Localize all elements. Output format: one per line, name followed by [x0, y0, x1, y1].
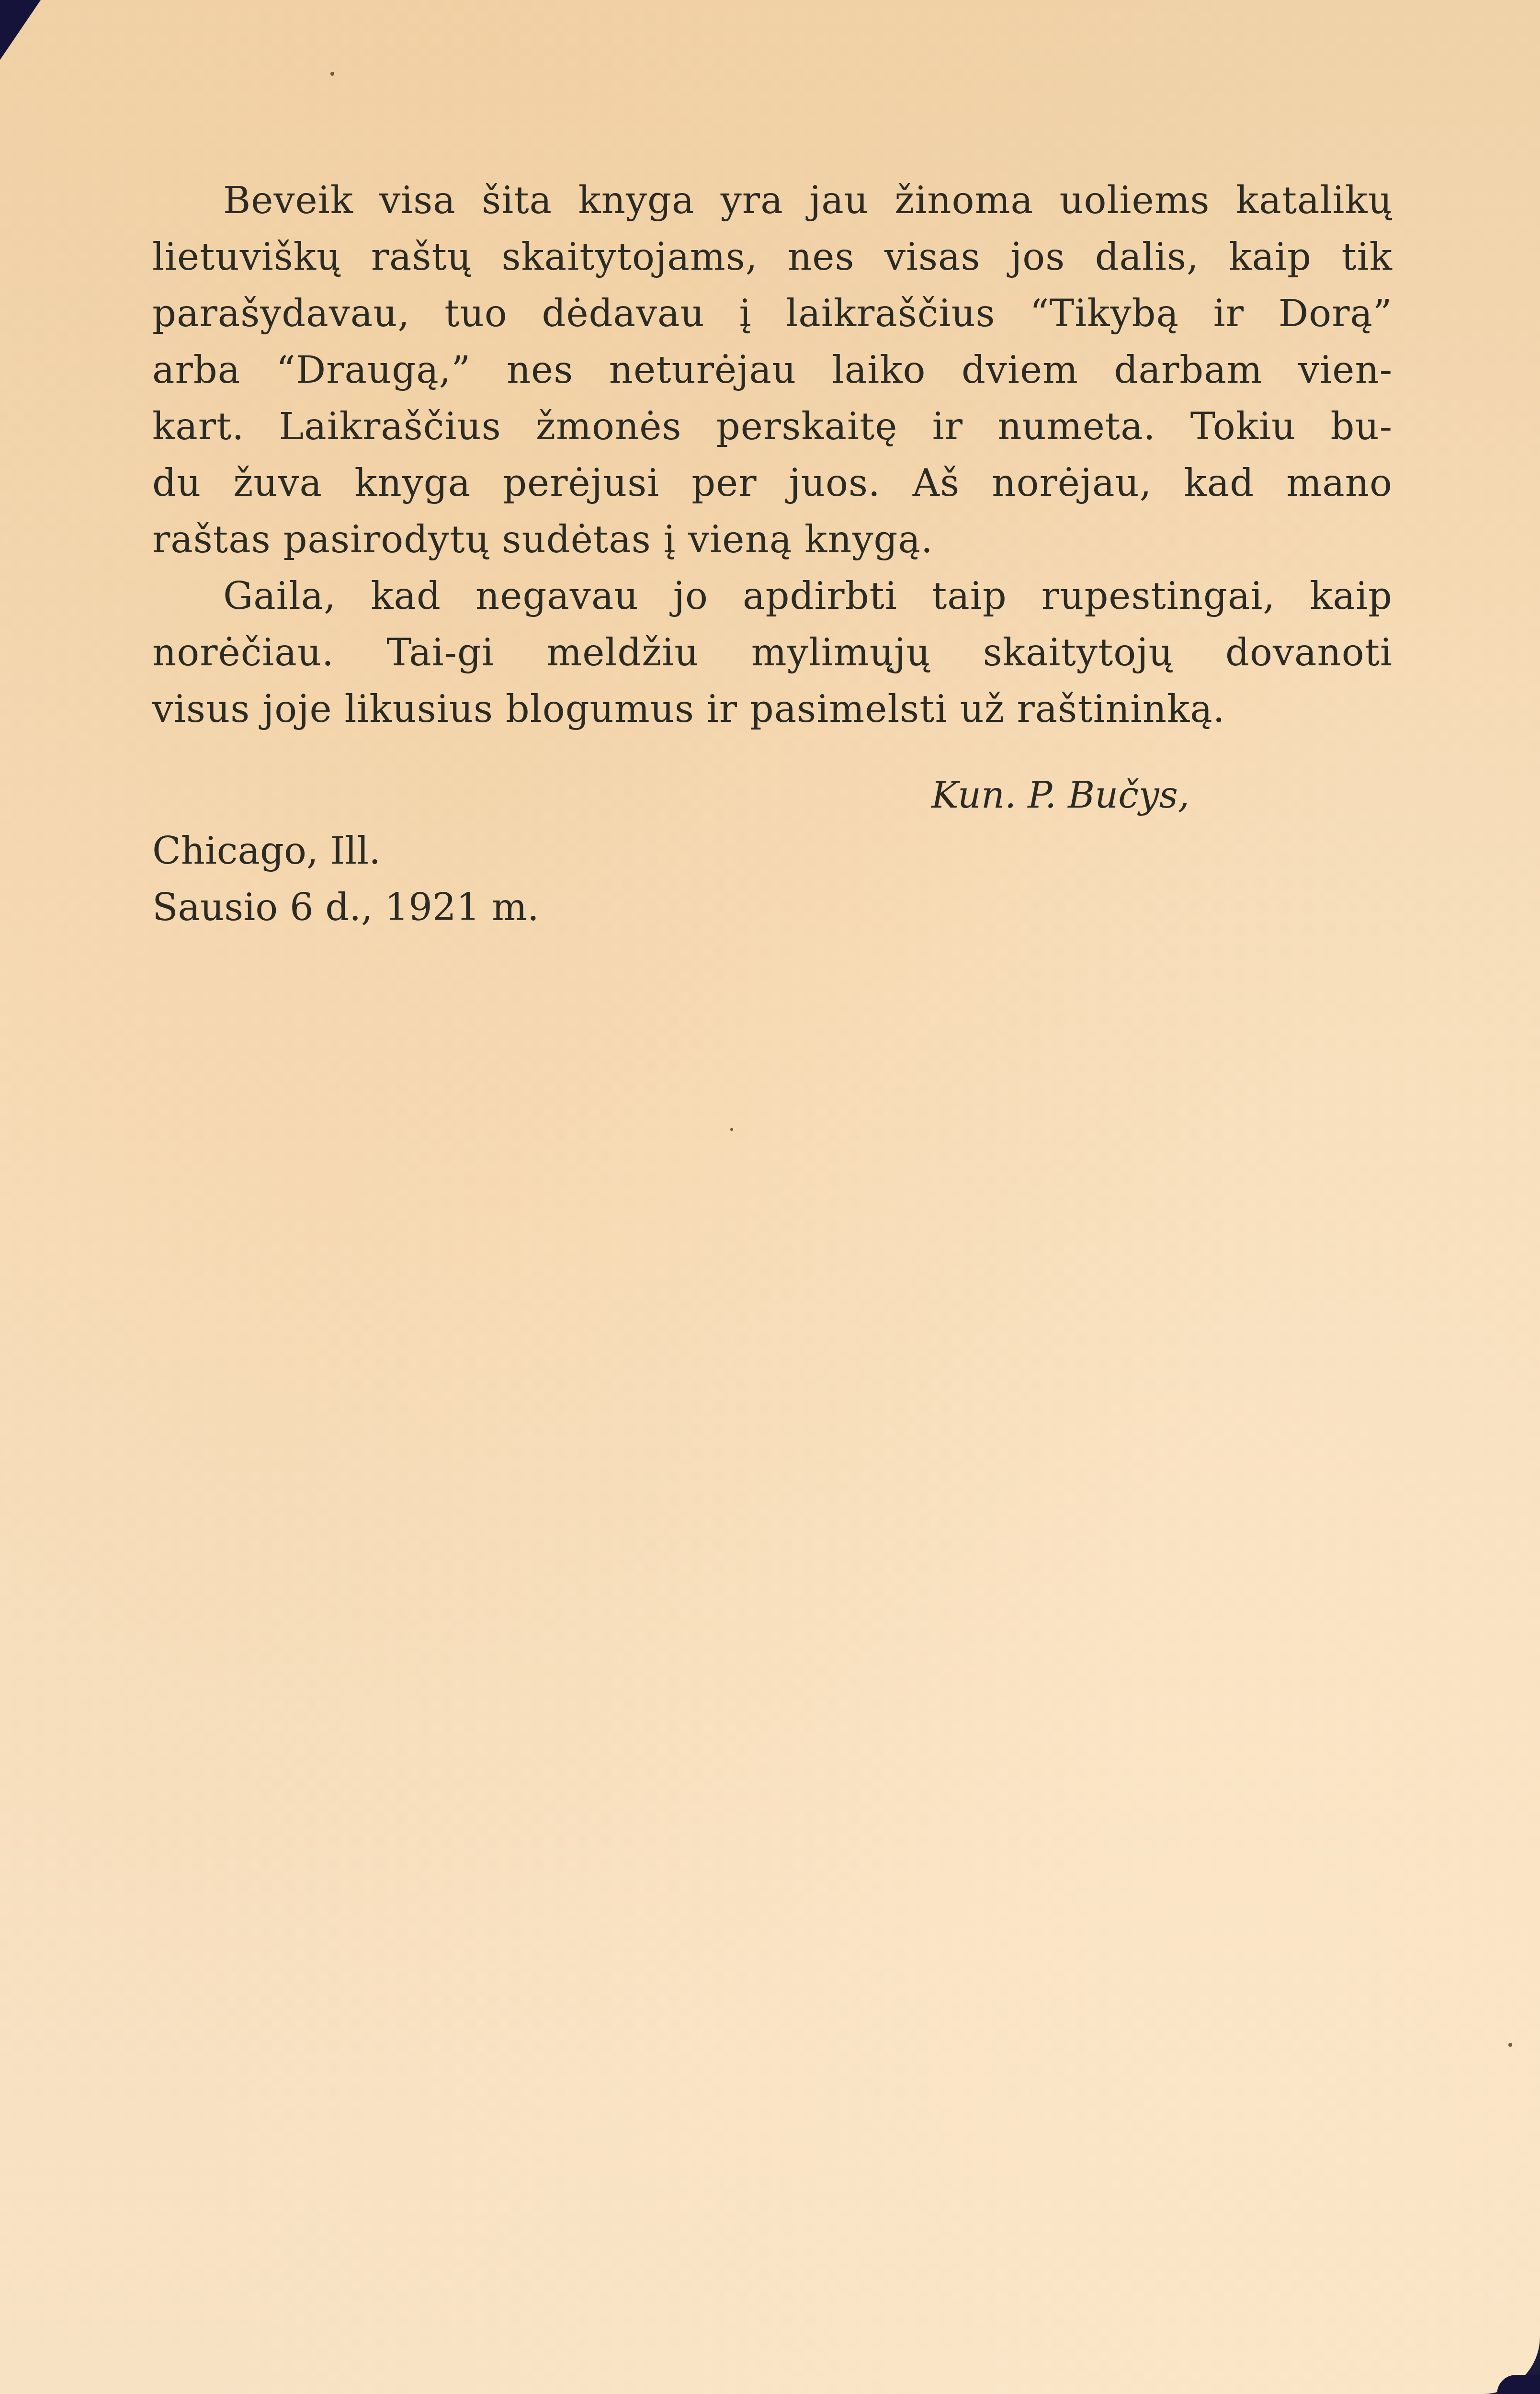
date: Sausio 6 d., 1921 m. [152, 879, 539, 936]
text-line: Beveik visa šita knyga yra jau žinoma uo… [152, 172, 1393, 229]
text-line: parašydavau, tuo dėdavau į laikraščius “… [152, 285, 1393, 342]
paragraph-2: Gaila, kad negavau jo apdirbti taip rupe… [152, 568, 1393, 738]
text-line: visus joje likusius blogumus ir pasimels… [152, 681, 1393, 738]
paper-speck [330, 72, 334, 76]
corner-shadow [0, 0, 41, 60]
scanned-page: Beveik visa šita knyga yra jau žinoma uo… [0, 0, 1540, 2394]
place-and-date: Chicago, Ill. Sausio 6 d., 1921 m. [152, 823, 539, 936]
text-line: norėčiau. Tai-gi meldžiu mylimųjų skaity… [152, 625, 1393, 681]
text-line: kart. Laikraščius žmonės perskaitę ir nu… [152, 399, 1393, 455]
text-line: du žuva knyga perėjusi per juos. Aš norė… [152, 455, 1393, 512]
preface-text: Beveik visa šita knyga yra jau žinoma uo… [152, 172, 1393, 738]
text-line: arba “Draugą,” nes neturėjau laiko dviem… [152, 342, 1393, 399]
paper-speck [730, 1128, 733, 1131]
text-line: Gaila, kad negavau jo apdirbti taip rupe… [152, 568, 1393, 625]
paper-speck [1508, 2043, 1512, 2047]
corner-shadow-bottom [1497, 2375, 1540, 2394]
text-line: lietuviškų raštų skaitytojams, nes visas… [152, 229, 1393, 285]
paragraph-1: Beveik visa šita knyga yra jau žinoma uo… [152, 172, 1393, 568]
text-line: raštas pasirodytų sudėtas į vieną knygą. [152, 512, 1393, 568]
author-signature: Kun. P. Bučys, [931, 774, 1189, 816]
place: Chicago, Ill. [152, 823, 539, 879]
